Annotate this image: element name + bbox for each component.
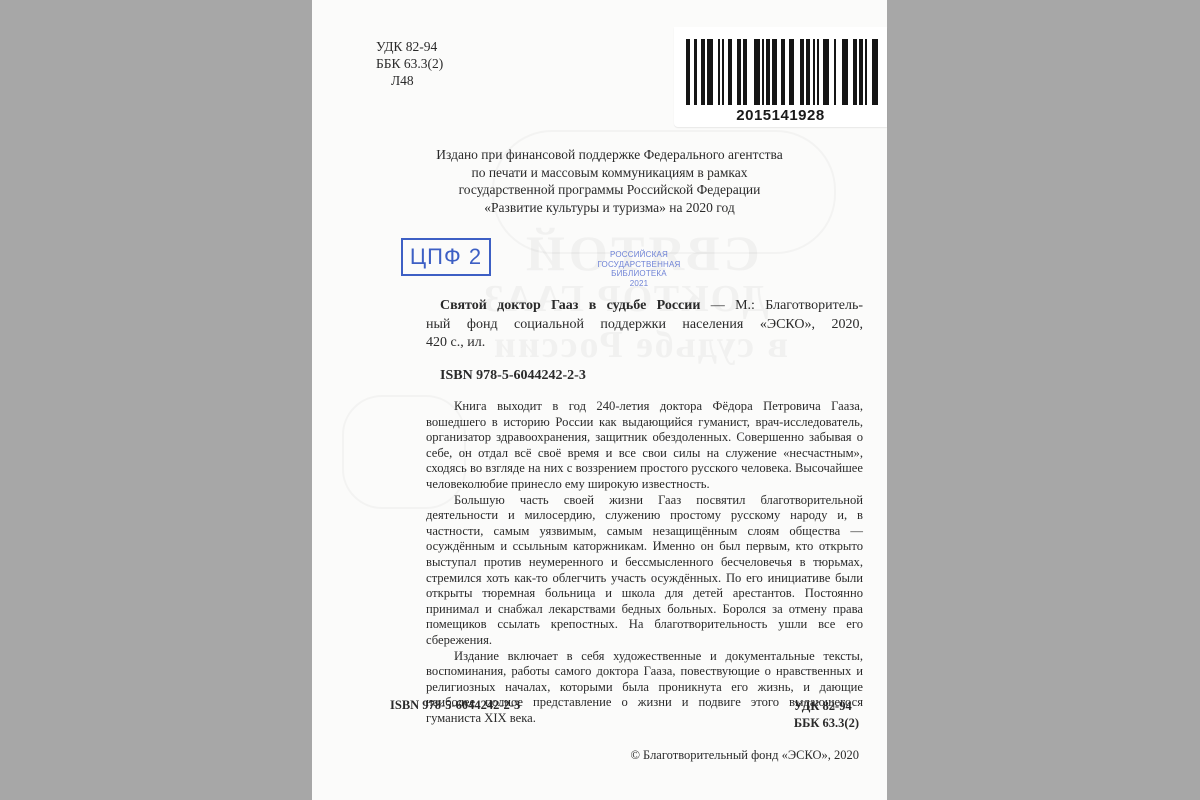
cpf-stamp: ЦПФ 2 — [401, 238, 491, 276]
barcode-bar — [806, 39, 810, 105]
barcode-bar — [766, 39, 770, 105]
barcode-bar — [686, 39, 690, 105]
barcode-bar — [718, 39, 720, 105]
copyright-notice: © Благотворительный фонд «ЭСКО», 2020 — [630, 748, 859, 763]
barcode-bar — [781, 39, 785, 105]
barcode-bar — [813, 39, 815, 105]
barcode-bar — [853, 39, 857, 105]
footer-bbk: ББК 63.3(2) — [794, 715, 859, 732]
barcode-bar — [762, 39, 764, 105]
biblio-line-1: Святой доктор Гааз в судьбе России — М.:… — [426, 297, 863, 316]
barcode-bar — [707, 39, 713, 105]
book-title: Святой доктор Гааз в судьбе России — [440, 298, 700, 313]
funding-note: Издано при финансовой поддержке Федераль… — [392, 146, 827, 216]
annotation-paragraph: Книга выходит в год 240-летия доктора Фё… — [426, 399, 863, 493]
classification-codes: УДК 82-94 ББК 63.3(2) Л48 — [376, 38, 443, 89]
isbn: ISBN 978-5-6044242-2-3 — [440, 368, 586, 384]
barcode-bar — [701, 39, 705, 105]
scanned-page: СВЯТОЙ ДОКТОР ГААЗ в судьбе России УДК 8… — [312, 0, 887, 800]
footer-isbn: ISBN 978-5-6044242-2-3 — [390, 698, 520, 713]
barcode-number: 2015141928 — [674, 107, 887, 124]
library-stamp-year: 2021 — [574, 279, 704, 289]
annotation: Книга выходит в год 240-летия доктора Фё… — [426, 399, 863, 726]
biblio-line-2: ный фонд социальной поддержки населения … — [426, 316, 863, 335]
library-stamp-line: БИБЛИОТЕКА — [574, 269, 704, 279]
barcode-bar — [817, 39, 819, 105]
library-barcode-label: 2015141928 — [674, 27, 887, 127]
barcode-bar — [772, 39, 776, 105]
author-mark: Л48 — [376, 72, 443, 89]
barcode-bar — [722, 39, 724, 105]
barcode-bar — [872, 39, 878, 105]
biblio-line-3: 420 с., ил. — [426, 334, 863, 353]
bibliographic-record: Святой доктор Гааз в судьбе России — М.:… — [426, 297, 863, 353]
barcode-bar — [694, 39, 696, 105]
barcode-bar — [859, 39, 863, 105]
library-stamp-line: ГОСУДАРСТВЕННАЯ — [574, 260, 704, 270]
footer-udk: УДК 82-94 — [794, 698, 859, 715]
barcode-bar — [800, 39, 804, 105]
library-stamp-line: РОССИЙСКАЯ — [574, 250, 704, 260]
funding-line: «Развитие культуры и туризма» на 2020 го… — [392, 199, 827, 217]
funding-line: Издано при финансовой поддержке Федераль… — [392, 146, 827, 164]
barcode-bar — [823, 39, 829, 105]
barcode-bar — [737, 39, 741, 105]
annotation-paragraph: Большую часть своей жизни Гааз посвятил … — [426, 493, 863, 649]
barcode-icon — [686, 39, 878, 105]
funding-line: государственной программы Российской Фед… — [392, 181, 827, 199]
barcode-bar — [842, 39, 848, 105]
udk-code: УДК 82-94 — [376, 38, 443, 55]
footer-classification: УДК 82-94 ББК 63.3(2) — [794, 698, 859, 732]
bbk-code: ББК 63.3(2) — [376, 55, 443, 72]
barcode-bar — [834, 39, 836, 105]
library-stamp: РОССИЙСКАЯ ГОСУДАРСТВЕННАЯ БИБЛИОТЕКА 20… — [574, 250, 704, 288]
funding-line: по печати и массовым коммуникациям в рам… — [392, 164, 827, 182]
barcode-bar — [754, 39, 760, 105]
barcode-bar — [728, 39, 732, 105]
barcode-bar — [865, 39, 867, 105]
barcode-bar — [789, 39, 793, 105]
biblio-imprint: — М.: Благотворитель- — [700, 298, 863, 313]
barcode-bar — [743, 39, 747, 105]
